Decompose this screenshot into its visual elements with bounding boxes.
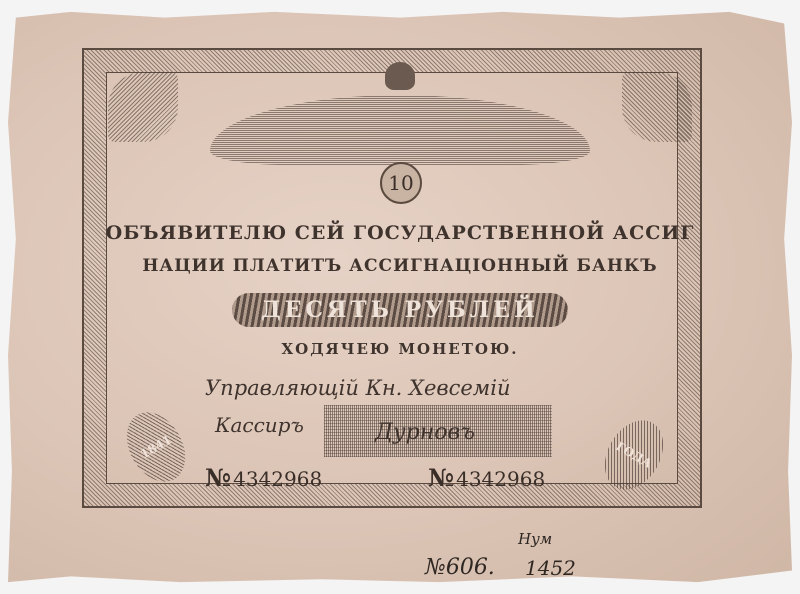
corner-ornament-top-right (622, 72, 692, 142)
header-line-2: НАЦИИ ПЛАТИТЪ АССИГНАЦІОННЫЙ БАНКЪ (0, 256, 800, 276)
handwritten-inventory-number: №606. (425, 555, 495, 580)
serial-prefix: № (428, 463, 454, 492)
serial-digits: 4342968 (233, 467, 322, 491)
manager-signature: Управляющій Кн. Хевсемій (205, 376, 510, 400)
crown-emblem (385, 62, 415, 90)
denomination-medal: 10 (380, 162, 422, 204)
serial-number-left: №4342968 (205, 463, 322, 492)
serial-number-right: №4342968 (428, 463, 545, 492)
serial-prefix: № (205, 463, 231, 492)
handwritten-value: 1452 (525, 556, 576, 580)
serial-digits: 4342968 (456, 467, 545, 491)
cashier-label: Кассиръ (215, 413, 304, 437)
denomination-banner: ДЕСЯТЬ РУБЛЕЙ (232, 293, 568, 327)
header-line-1: ОБЪЯВИТЕЛЮ СЕЙ ГОСУДАРСТВЕННОЙ АССИГ (0, 222, 800, 244)
cashier-signature: Дурновъ (375, 420, 475, 445)
currency-line: ХОДЯЧЕЮ МОНЕТОЮ. (0, 340, 800, 358)
corner-ornament-top-left (108, 72, 178, 142)
handwritten-note: Нум (518, 530, 552, 548)
